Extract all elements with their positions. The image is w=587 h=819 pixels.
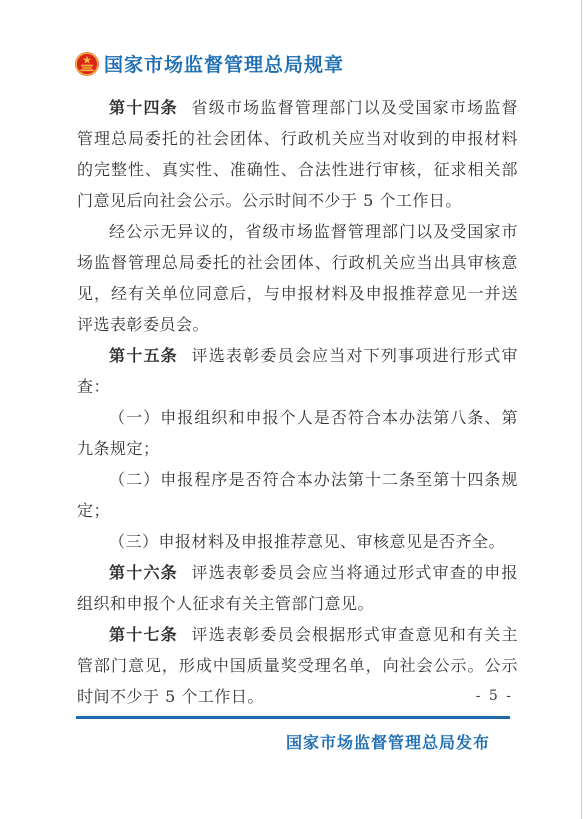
paragraph-text: 经公示无异议的，省级市场监督管理部门以及受国家市场监督管理总局委托的社会团体、行… (77, 222, 518, 334)
paragraph-article-14: 第十四条省级市场监督管理部门以及受国家市场监督管理总局委托的社会团体、行政机关应… (77, 92, 518, 216)
footer-divider (76, 716, 510, 719)
paragraph-article-16: 第十六条评选表彰委员会应当将通过形式审查的申报组织和申报个人征求有关主管部门意见… (77, 557, 518, 619)
article-number: 第十四条 (109, 98, 178, 117)
article-number: 第十六条 (109, 563, 178, 582)
paragraph-text: （一）申报组织和申报个人是否符合本办法第八条、第九条规定； (77, 408, 518, 458)
paragraph-article-14-cont: 经公示无异议的，省级市场监督管理部门以及受国家市场监督管理总局委托的社会团体、行… (77, 216, 518, 340)
page-number: - 5 - (77, 688, 513, 704)
document-body: 第十四条省级市场监督管理部门以及受国家市场监督管理总局委托的社会团体、行政机关应… (77, 92, 518, 712)
article-number: 第十五条 (109, 346, 178, 365)
article-number: 第十七条 (109, 625, 178, 644)
national-emblem-icon (74, 51, 100, 77)
paragraph-article-15: 第十五条评选表彰委员会应当对下列事项进行形式审查： (77, 340, 518, 402)
paragraph-text: （二）申报程序是否符合本办法第十二条至第十四条规定； (77, 470, 518, 520)
page-right-border (581, 0, 582, 819)
document-header-title: 国家市场监督管理总局规章 (104, 50, 344, 77)
footer-publisher: 国家市场监督管理总局发布 (77, 730, 490, 753)
paragraph-text: （三）申报材料及申报推荐意见、审核意见是否齐全。 (109, 532, 505, 551)
document-page: { "document": { "header": { "emblem_icon… (0, 0, 587, 819)
paragraph-item-2: （二）申报程序是否符合本办法第十二条至第十四条规定； (77, 464, 518, 526)
paragraph-item-1: （一）申报组织和申报个人是否符合本办法第八条、第九条规定； (77, 402, 518, 464)
document-header: 国家市场监督管理总局规章 (74, 50, 344, 77)
paragraph-item-3: （三）申报材料及申报推荐意见、审核意见是否齐全。 (77, 526, 518, 557)
